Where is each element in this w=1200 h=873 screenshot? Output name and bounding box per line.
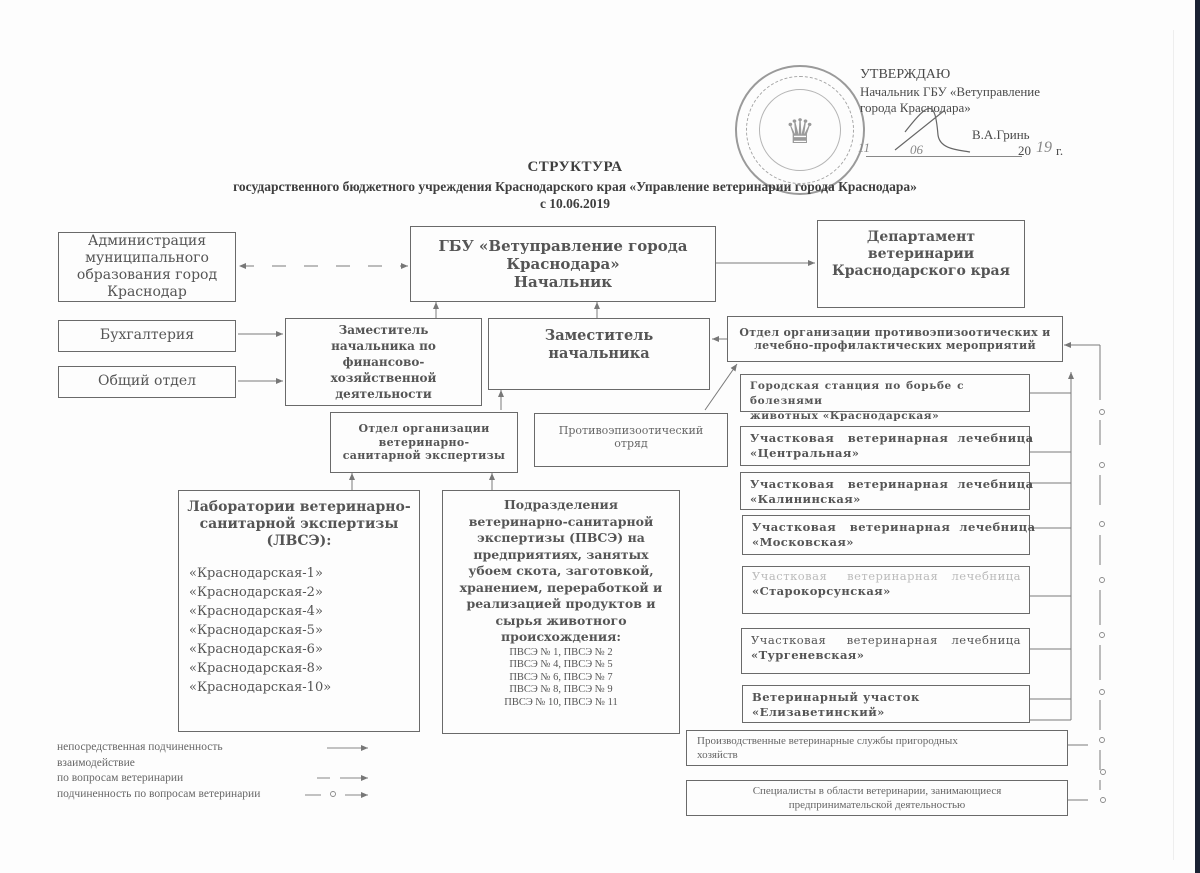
lab-item: «Краснодарская-5» <box>189 621 331 640</box>
box-line: Противоэпизоотический <box>559 424 703 437</box>
labs-heading-line: санитарной экспертизы <box>200 516 399 533</box>
subdivisions-heading-line: убоем скота, заготовкой, <box>460 563 663 580</box>
box-line: Общий отдел <box>98 373 196 390</box>
box-line: Отдел организации противоэпизоотических … <box>739 326 1050 339</box>
subdivision-item: ПВСЭ № 8, ПВСЭ № 9 <box>504 684 617 697</box>
labs-heading-line: Лаборатории ветеринарно- <box>187 499 410 516</box>
box-line: Краснодара» <box>506 255 619 273</box>
box-line: Заместитель <box>545 327 654 345</box>
labs-list: «Краснодарская-1»«Краснодарская-2»«Красн… <box>189 564 331 697</box>
legend: непосредственная подчиненность взаимодей… <box>57 740 260 802</box>
subdivision-item: ПВСЭ № 6, ПВСЭ № 7 <box>504 672 617 685</box>
box-line: Заместитель <box>339 322 429 338</box>
box-line: хозяйств <box>697 748 738 762</box>
box-line: Краснодарского края <box>832 263 1010 280</box>
box-line: Администрация <box>88 233 206 250</box>
lab-item: «Краснодарская-2» <box>189 583 331 602</box>
subdivisions-heading: Подразделенияветеринарно-санитарнойэкспе… <box>460 497 663 646</box>
box-line: ветеринарно- <box>379 436 470 449</box>
clinic-name: животных «Краснодарская» <box>750 409 1021 424</box>
coat-of-arms-icon: ♛ <box>780 110 820 154</box>
clinic-name: «Елизаветинский» <box>752 705 1021 720</box>
clinic-box[interactable]: Участковая ветеринарная лечебница«Турген… <box>741 628 1030 674</box>
box-private-specialists[interactable]: Специалисты в области ветеринарии, заним… <box>686 780 1068 816</box>
legend-item-interaction: взаимодействие <box>57 756 260 772</box>
subdivisions-heading-line: хранением, переработкой и <box>460 580 663 597</box>
subdivisions-list: ПВСЭ № 1, ПВСЭ № 2ПВСЭ № 4, ПВСЭ № 5ПВСЭ… <box>504 647 617 710</box>
clinic-box[interactable]: Участковая ветеринарная лечебница«Центра… <box>740 426 1030 466</box>
box-line: Отдел организации <box>358 422 489 435</box>
clinic-type: Городская станция по борьбе с болезнями <box>750 379 1021 409</box>
box-accounting[interactable]: Бухгалтерия <box>58 320 236 352</box>
document-title: СТРУКТУРА <box>0 159 1150 176</box>
box-line: санитарной экспертизы <box>343 449 505 462</box>
clinic-box[interactable]: Участковая ветеринарная лечебница«Старок… <box>742 566 1030 614</box>
box-line: Производственные ветеринарные службы при… <box>697 734 958 748</box>
signatory-name: В.А.Гринь <box>972 127 1030 143</box>
box-line: отряд <box>614 437 647 450</box>
clinic-name: «Московская» <box>752 535 1021 550</box>
box-line: ГБУ «Ветуправление города <box>438 237 687 255</box>
date-underline <box>866 156 1022 157</box>
lab-item: «Краснодарская-10» <box>189 678 331 697</box>
clinic-name: «Тургеневская» <box>751 648 1021 663</box>
box-line: Начальник <box>514 273 612 291</box>
clinic-type: Ветеринарный участок <box>752 690 1021 705</box>
legend-item-direct-subordination: непосредственная подчиненность <box>57 740 260 756</box>
box-antiepizootic-department[interactable]: Отдел организации противоэпизоотических … <box>727 316 1063 362</box>
date-year-prefix: 20 <box>1018 143 1031 159</box>
lab-item: «Краснодарская-1» <box>189 564 331 583</box>
box-general-department[interactable]: Общий отдел <box>58 366 236 398</box>
clinic-name: «Центральная» <box>750 446 1021 461</box>
scan-edge-strip <box>1195 0 1200 873</box>
box-line: Бухгалтерия <box>100 327 194 344</box>
subdivision-item: ПВСЭ № 10, ПВСЭ № 11 <box>504 697 617 710</box>
box-vse-department[interactable]: Отдел организации ветеринарно- санитарно… <box>330 412 518 473</box>
box-suburban-services[interactable]: Производственные ветеринарные службы при… <box>686 730 1068 766</box>
box-line: предпринимательской деятельностью <box>789 798 966 812</box>
date-unit: г. <box>1056 143 1063 159</box>
clinic-name: «Старокорсунская» <box>752 584 1021 599</box>
box-line: муниципального <box>85 250 209 267</box>
subdivisions-heading-line: экспертизы (ПВСЭ) на <box>460 530 663 547</box>
labs-heading-line: (ЛВСЭ): <box>267 533 332 550</box>
subdivision-item: ПВСЭ № 1, ПВСЭ № 2 <box>504 647 617 660</box>
box-line: образования город <box>77 267 217 284</box>
legend-item-vet-subordination: подчиненность по вопросам ветеринарии <box>57 787 260 803</box>
clinic-type: Участковая ветеринарная лечебница <box>751 633 1021 648</box>
subdivisions-heading-line: Подразделения <box>460 497 663 514</box>
subdivisions-heading-line: происхождения: <box>460 629 663 646</box>
box-line: лечебно-профилактических мероприятий <box>754 339 1036 352</box>
clinic-type: Участковая ветеринарная лечебница <box>750 477 1021 492</box>
box-vse-subdivisions[interactable]: Подразделенияветеринарно-санитарнойэкспе… <box>442 490 680 734</box>
document-subtitle: государственного бюджетного учреждения К… <box>0 179 1150 195</box>
clinic-box[interactable]: Городская станция по борьбе с болезнямиж… <box>740 374 1030 412</box>
date-day: 11 <box>858 140 870 156</box>
document-effective-date: с 10.06.2019 <box>0 196 1150 212</box>
clinic-box[interactable]: Участковая ветеринарная лечебница«Москов… <box>742 515 1030 555</box>
box-line: финансово- <box>343 354 425 370</box>
box-line: деятельности <box>335 386 432 402</box>
approval-heading: УТВЕРЖДАЮ <box>860 66 1040 84</box>
clinic-name: «Калининская» <box>750 492 1021 507</box>
subdivisions-heading-line: реализацией продуктов и <box>460 596 663 613</box>
scan-edge-line <box>1173 30 1174 860</box>
box-city-administration[interactable]: Администрация муниципального образования… <box>58 232 236 302</box>
box-antiepizootic-unit[interactable]: Противоэпизоотический отряд <box>534 413 728 467</box>
lab-item: «Краснодарская-6» <box>189 640 331 659</box>
box-line: начальника по <box>331 338 436 354</box>
lab-item: «Краснодарская-4» <box>189 602 331 621</box>
box-deputy-head[interactable]: Заместитель начальника <box>488 318 710 390</box>
box-deputy-finance[interactable]: Заместитель начальника по финансово- хоз… <box>285 318 482 406</box>
subdivisions-heading-line: ветеринарно-санитарной <box>460 514 663 531</box>
clinic-type: Участковая ветеринарная лечебница <box>750 431 1021 446</box>
approval-position-1: Начальник ГБУ «Ветуправление <box>860 84 1040 100</box>
clinic-type: Участковая ветеринарная лечебница <box>752 569 1021 584</box>
box-laboratories[interactable]: Лаборатории ветеринарно- санитарной эксп… <box>178 490 420 732</box>
clinic-type: Участковая ветеринарная лечебница <box>752 520 1021 535</box>
subdivisions-heading-line: предприятиях, занятых <box>460 547 663 564</box>
box-vet-department[interactable]: Департамент ветеринарии Краснодарского к… <box>817 220 1025 308</box>
clinic-box[interactable]: Ветеринарный участок«Елизаветинский» <box>742 685 1030 723</box>
box-line: хозяйственной <box>331 370 437 386</box>
box-head-vetupravlenie[interactable]: ГБУ «Ветуправление города Краснодара» На… <box>410 226 716 302</box>
date-year-suffix: 19 <box>1036 138 1052 158</box>
approval-position-2: города Краснодара» <box>860 100 1040 116</box>
legend-item-vet-matters: по вопросам ветеринарии <box>57 771 260 787</box>
clinic-box[interactable]: Участковая ветеринарная лечебница«Калини… <box>740 472 1030 510</box>
subdivisions-heading-line: сырья животного <box>460 613 663 630</box>
box-line: начальника <box>548 345 649 363</box>
subdivision-item: ПВСЭ № 4, ПВСЭ № 5 <box>504 659 617 672</box>
approval-block: УТВЕРЖДАЮ Начальник ГБУ «Ветуправление г… <box>860 66 1040 116</box>
box-line: Департамент <box>867 229 975 246</box>
lab-item: «Краснодарская-8» <box>189 659 331 678</box>
box-line: ветеринарии <box>868 246 974 263</box>
box-line: Краснодар <box>107 284 187 301</box>
box-line: Специалисты в области ветеринарии, заним… <box>753 784 1002 798</box>
